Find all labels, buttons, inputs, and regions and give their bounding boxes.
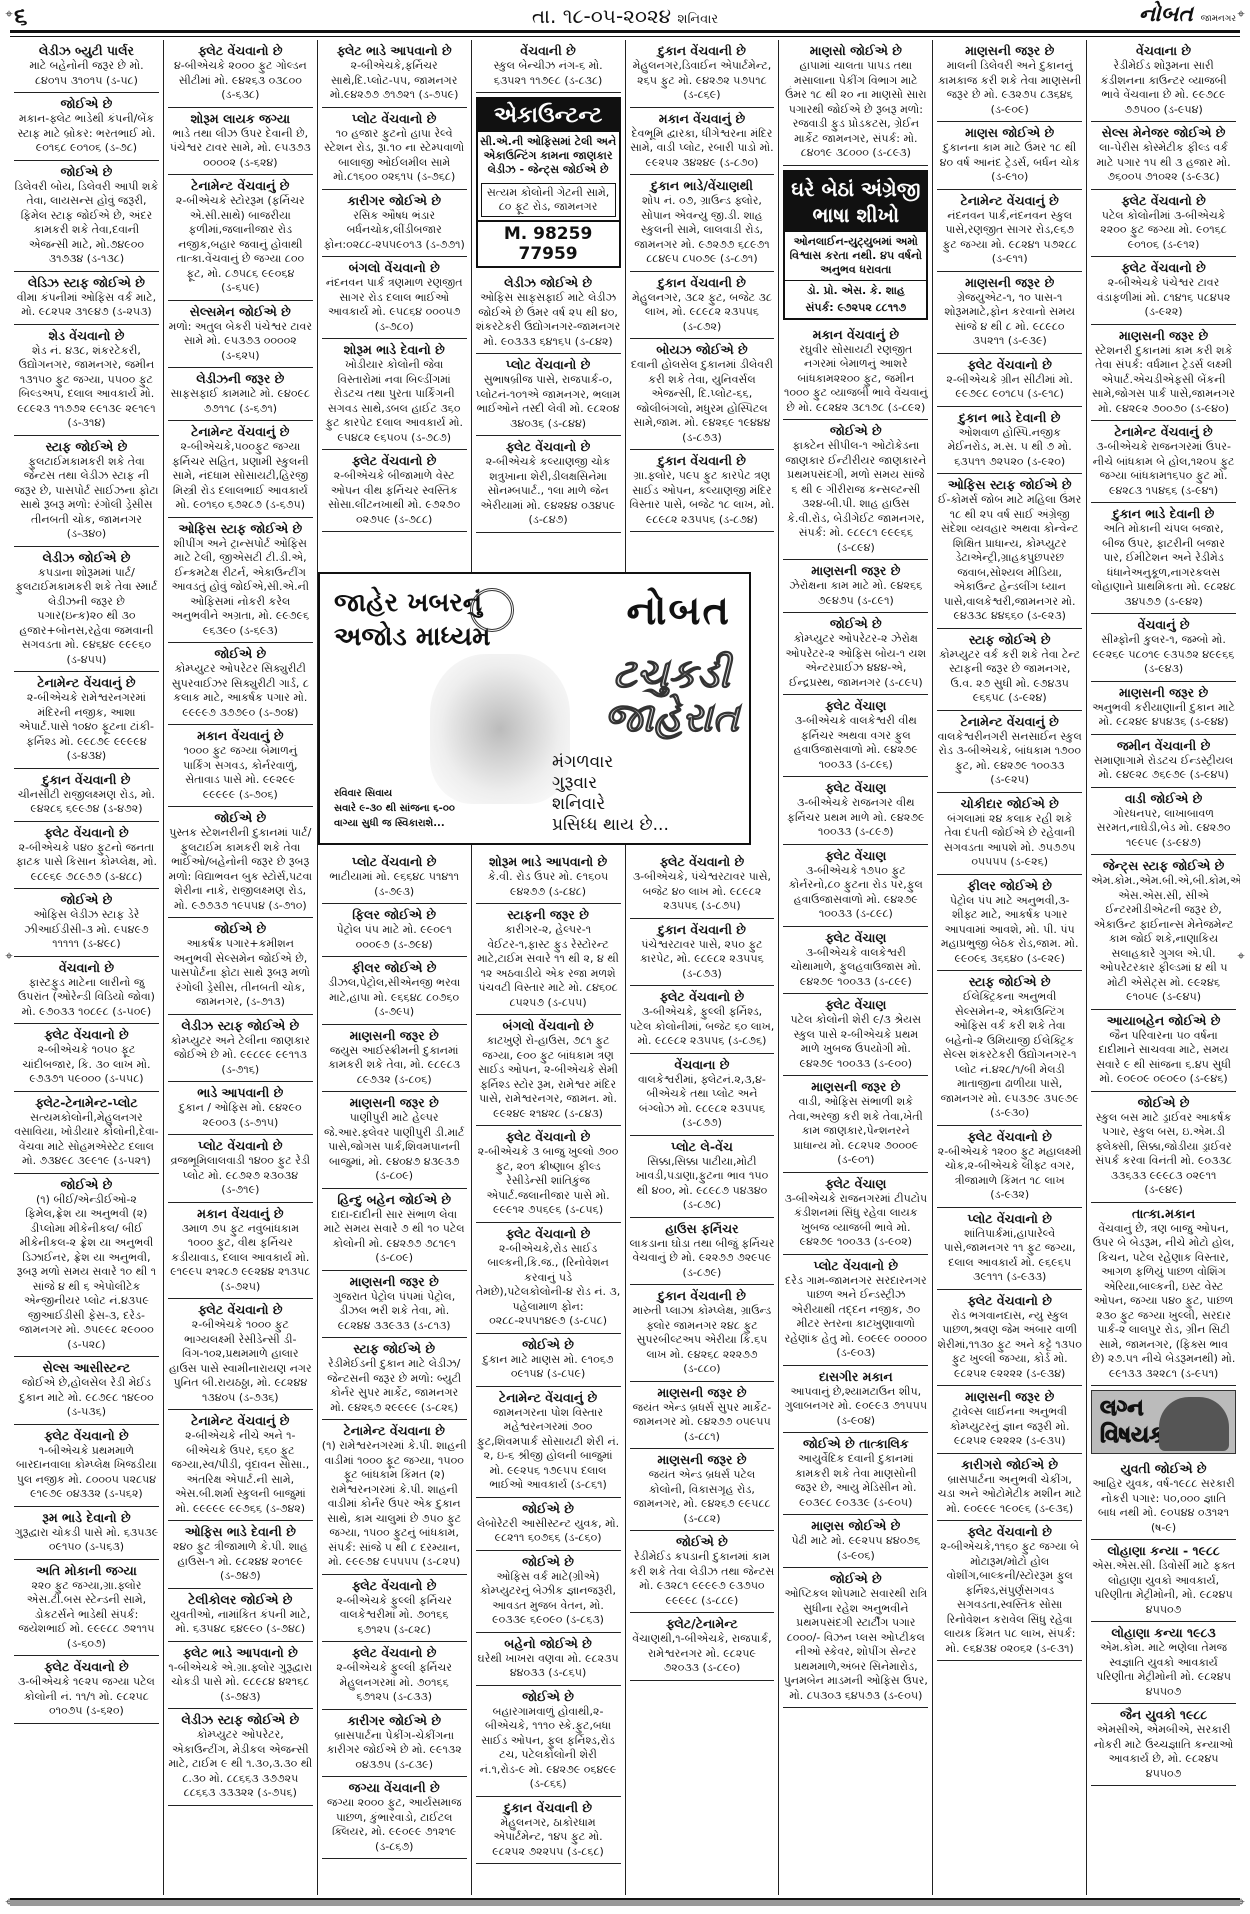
ad-body: ખોડીયાર કોલોની જેવા વિસ્તારોમાં નવા બિલ્… (322, 358, 467, 445)
ad-title: ફ્લેટ વેંચવાનો છે (630, 989, 775, 1005)
date-line: તા. ૧૮-૦૫-૨૦૨૪ શનિવાર (10, 4, 1240, 28)
ad-body: જોઈએ છે,હોલસેલ રેડી મેઈડ દુકાન માટે મો. … (14, 1376, 159, 1420)
ad-body: ૩-બીએચકે વાલકેશ્વરી ચોથામાળે, ફુલહવાઉજાસ… (783, 946, 928, 990)
ad-body: આયુર્વેદિક દવાની દુકાનમાં કામકરી શકે તેવ… (783, 1452, 928, 1510)
ad-title: વેંચવાની છે (476, 43, 621, 59)
matrimonial-label: લગ્નવિષયક (1100, 1395, 1165, 1449)
ad-title: જોઈએ છે (783, 423, 928, 439)
classified-ad: પ્લોટ વેંચવાનો છેસુભાષબ્રીજ પાસે, રાજપાર… (476, 354, 621, 436)
ad-body: ૩-બીએચકે રાજનગરમાં ટીપટોપ કંડીશનમાં સિંધ… (783, 1192, 928, 1250)
ad-body: ૪-બીએચકે ૨૦૦૦ ફુટ ગોલ્ડન સીટીમાં મો. ૯૪૨… (168, 59, 313, 103)
ad-title: પ્લોટ વેંચવાનો છે (783, 1258, 928, 1274)
ad-body: ૩-બીએચકે, ફુલ્લી ફર્નિશ્ડ, પટેલ કોલોનીમા… (630, 1005, 775, 1049)
ad-title: ફ્લેટ વેંચાણ (783, 930, 928, 946)
classified-ad: જોઈએ છેસ્કુલ બસ માટે ડ્રાઈવર આકર્ષક પગાર… (1091, 1092, 1236, 1203)
ad-body: નંદનવન પાર્ક,નંદનવન સ્કુલ પાસે,રણજીત સાગ… (937, 209, 1082, 267)
classified-ad: ફ્લેટ વેંચાણ૩-બીએચકે રાજનગરમાં ટીપટોપ કં… (783, 1173, 928, 1255)
ad-title: લેડીઝ સ્ટાફ જોઈએ છે (168, 1712, 313, 1728)
classified-ad: ફ્લેટ વેંચવાનો છે૪-બીએચકે ૨૦૦૦ ફુટ ગોલ્ડ… (168, 40, 313, 108)
classified-ad: દુકાન ભાડે/વેંચાણથીશોપ નં. ૦૭, ગ્રાઉન્ડ … (630, 175, 775, 272)
ad-body: પંચેશ્વરટાવર પાસે, ૨૫૦ ફુટ કારપેટ, મો. ૯… (630, 938, 775, 982)
classified-ad: ફ્લેટ વેંચવાનો છે૨-બીએચકે,૧૧૬૦ ફુટ જગ્યા… (937, 1521, 1082, 1661)
ad-body: સીમ્ફોની કુલર-૧, જમ્બો મો. ૯૯૨૬૯ ૫૮૦૧૯ ૯… (1091, 633, 1236, 677)
ad-body: ૨-બીએચકે,ફર્નિચર સાથે,દિ.પ્લોટ-૫૫, જામનગ… (322, 59, 467, 103)
ad-title: ફ્લેટ વેંચવાનો છે (322, 1645, 467, 1661)
classified-ad: વેંચવાનો છેફાસ્ટફુડ માટેના લારીનો જુ ઉપર… (14, 957, 159, 1025)
ad-body: મેહુલનગર,ડિવાઈન એપાર્ટમેન્ટ, ૨૬૫ ફુટ મો.… (630, 59, 775, 103)
footer-rule (10, 1898, 1240, 1906)
ad-title: પ્લોટ વેંચવાનો છે (937, 1211, 1082, 1227)
ad-title: ઓફિસ ભાડે દેવાની છે (168, 1524, 313, 1540)
ad-title: ફ્લેટ વેંચવાનો છે (322, 1578, 467, 1594)
ad-title: આયાબહેન જોઈએ છે (1091, 1013, 1236, 1029)
ad-title: ફીલર જોઈએ છે (322, 960, 467, 976)
ad-title: ફ્લેટ વેંચાણ (783, 698, 928, 714)
ad-title: જોઈએ છે (14, 96, 159, 112)
ad-title: માણસની જરૂર છે (937, 43, 1082, 59)
ad-body: ૨-બીએચકે ફુલ્લી ફર્નિચર વાલકેશ્વરીમાં મો… (322, 1594, 467, 1638)
classified-ad: સ્ટાફ જોઈએ છેફુલટાઈમકામકરી શકે તેવા જેન્… (14, 436, 159, 547)
classified-ad: ફીલર જોઈએ છેડીઝલ,પેટ્રોલ,સીએનજી ભરવા માટ… (322, 957, 467, 1025)
classified-ad: ફ્લેટ વેંચવાનો છે૨-બીએચકે ૧૦૦૦ ફુટ ભાગ્ય… (168, 1299, 313, 1410)
classified-ad: ફ્લેટ વેંચવાનો છે૨-બીએચકે ફુલ્લી ફર્નિચર… (322, 1575, 467, 1643)
accountant-description: સી.એ.ની ઓફિસમાં ટેલી અને એકાઉન્ટિંગ કામન… (478, 132, 619, 180)
ad-body: જૈન પરિવારના ૫૦ વર્ષના દાદીમાને સાચવવા મ… (1091, 1029, 1236, 1087)
classified-ad: જેન્ટ્સ સ્ટાફ જોઈએ છેએમ.કોમ.,એમ.બી.એ,બી.… (1091, 855, 1236, 1010)
classified-ad: જોઈએ છેઆકર્ષક પગાર+કમીશન અનુભવી સેલ્સમેન… (168, 918, 313, 1015)
classifieds-grid: લેડીઝ બ્યુટી પાર્લરમાટે બહેનોની જરૂર છે … (10, 40, 1240, 1895)
ad-title: ઓફિસ સ્ટાફ જોઈએ છે (168, 521, 313, 537)
ad-title: ટેનામેન્ટ વેંચવાનું છે (1091, 424, 1236, 440)
ad-title: શોરૂમ લાયક જગ્યા (168, 111, 313, 127)
ad-title: માણસો જોઈએ છે (783, 43, 928, 59)
ad-body: સુભાષબ્રીજ પાસે, રાજપાર્ક-૦, પ્લોટનં-૧૦૧… (476, 373, 621, 431)
classified-ad: દુકાન વેંચવાની છેમેહુલનગર, ઠાકોરધામ એપાર… (476, 1797, 621, 1865)
ad-title: હાઉસ ફર્નિચર (630, 1221, 775, 1237)
classified-ad: ઓફિસ ભાડે દેવાની છે૨૪૦ ફુટ ત્રીજામાળે કે… (168, 1521, 313, 1589)
ad-body: ૩-બીએચકે રાજનગરમાં ઉપર-નીચે બાંધકામ બે હ… (1091, 440, 1236, 498)
ad-body: રેડીમેઈડની દુકાન માટે લેડીઝ/જેન્ટસની જરૂ… (322, 1357, 467, 1415)
classified-ad: માણસની જરૂર છેપાણીપુરી માટે હેલ્પર જે.આર… (322, 1092, 467, 1189)
classified-ad: હિન્દુ બહેન જોઈએ છેદાદા-દાદીની સાર સંભાળ… (322, 1189, 467, 1271)
ad-body: દુકાન / ઓફિસ મો. ૯૪૨૯૦ ૨૯૦૦૩ (ડ-૭૧૫) (168, 1101, 313, 1130)
ad-title: ફ્લેટ વેંચવાનો છે (937, 357, 1082, 373)
ad-body: ભાડે તથા લીઝ ઉપર દેવાની છે, પંચેશ્વર ટાવ… (168, 127, 313, 171)
classified-ad: જોઈએ છેઓપ્ટિકલ શોપમાટે સવારથી રાત્રિ સુધ… (783, 1568, 928, 1708)
classified-ad: ટેનામેન્ટ વેંચવાનું છે૨-બીએચકે નીચે અને … (168, 1410, 313, 1521)
classified-ad: જોઈએ છેમકાન-ફ્લેટ ભાડેથી કંપની/બેંક સ્ટા… (14, 93, 159, 161)
ad-body: કોમ્પ્યુટર ઓપરેટર સિક્યુરીટી સુપરવાઈઝર સ… (168, 662, 313, 720)
ad-body: ૩-બીએચકે ૧૭૫૦ ફુટ કોર્નરનો,૮૦ ફુટના રોડ … (783, 864, 928, 922)
ad-title: જોઈએ છે (168, 810, 313, 826)
ad-title: મકાન વેંચવાનું છે (168, 1206, 313, 1222)
ad-body: સિક્કા,સિક્કા પાટીયા,મોટી ખાવડી,પડાણા,ફુ… (630, 1155, 775, 1213)
ad-title: દુકાન ભાડે દેવાની છે (1091, 506, 1236, 522)
ad-title: માણસ જોઈએ છે (937, 125, 1082, 141)
ad-body: જયુસ આઈસ્ક્રીમની દુકાનમાં કામકરી શકે તેવ… (322, 1044, 467, 1088)
classified-ad: કારીગરો જોઈએ છેબ્રાસપાર્ટના અનુભવી ચેકીં… (937, 1454, 1082, 1522)
ad-title: ફ્લેટ વેંચવાનો છે (14, 1428, 159, 1444)
classified-ad: પ્લોટ વેંચવાનો છેશાંતિપાર્કમાં,હાપારેલ્વ… (937, 1208, 1082, 1290)
ad-title: સ્ટાફ જોઈએ છે (14, 439, 159, 455)
classified-ad: માણસની જરૂર છેસ્ટેશનરી દુકાનમાં કામ કરી … (1091, 325, 1236, 422)
ad-body: ૩-બીએચકે રાજનગર વીથ ફર્નિચર પ્રથમ માળે મ… (783, 796, 928, 840)
ad-body: રેડીમેઈડ કપડાની દુકાનમાં કામ કરી શકે તેવ… (630, 1550, 775, 1608)
ad-title: જોઈએ છે (168, 921, 313, 937)
ad-body: ૧-બીએચકે પ્રથમમાળે બારદાનવાલા કોમ્પ્લેક્… (14, 1444, 159, 1502)
matrimonial-section-banner: લગ્નવિષયક (1091, 1390, 1236, 1454)
ad-title: દુકાન વેંચવાની છે (630, 275, 775, 291)
ad-body: ઓપ્ટિકલ શોપમાટે સવારથી રાત્રિ સુધીના રહે… (783, 1587, 928, 1703)
ad-title: બહેનો જોઈએ છે (476, 1636, 621, 1652)
classified-ad: ફ્લેટ વેંચવાનો છે૩-બીએચકે ૧૯૨૫ જગ્યા પટે… (14, 1656, 159, 1724)
classified-ad: ફ્લેટ વેંચવાનો છે૩-બીએચકે, પંચેશ્વરટાવર … (630, 851, 775, 919)
ad-title: માણસની જરૂર છે (630, 1452, 775, 1468)
ad-body: ૨-બીએચકે રામેશ્વરનગરમાં મંદિરની નજીક, આશ… (14, 691, 159, 764)
classified-ad: જમીન વેંચવાની છેસમાણાગામે રોડટચ ઈન્ડસ્ટ્… (1091, 735, 1236, 788)
ad-body: ફાસ્ટફુડ માટેના લારીનો જુ ઉપરાંત (ઓરેન્ડ… (14, 976, 159, 1020)
ad-title: માણસની જરૂર છે (630, 1385, 775, 1401)
english-teacher: ડો. પ્રો. એસ. કે. શાહ (785, 280, 926, 301)
ad-title: ફ્લેટ વેંચવાનો છે (14, 825, 159, 841)
classified-ad: જોઈએ છેદુકાન માટે માણસ મો. ૯૧૦૬૭ ૦૯૧૫૪ (… (476, 1334, 621, 1387)
classified-ad: ફ્લેટ વેંચવાનો છેપટેલ કોલોનીમાં ૩-બીએચકે… (1091, 190, 1236, 258)
classified-ad: ફ્લેટ વેંચવાનો છે૨-બીએચકે ૧૦૫૦ ફૂટ ચાંદી… (14, 1024, 159, 1092)
classified-ad: આયાબહેન જોઈએ છેજૈન પરિવારના ૫૦ વર્ષના દા… (1091, 1010, 1236, 1092)
ad-body: દેવભૂમિ દ્વારકા, ધીગેશ્વરના મંદિર સામે, … (630, 127, 775, 171)
classified-ad: ફ્લેટ વેંચવાનો છે૨-બીએચકે ૧૨૦૦ ફુટ મહાલક… (937, 1126, 1082, 1208)
classified-ad: સેલ્સમેન જોઈએ છેમળો: અતુલ બેકરી પંચેશ્વર… (168, 301, 313, 369)
classified-ad: પ્લોટ વેંચવાનો છેવ્રજભૂમિલાલવાડી ૧૪૦૦ ફુ… (168, 1135, 313, 1203)
issue-date: તા. ૧૮-૦૫-૨૦૨૪ (532, 4, 671, 28)
classified-ad: શોરૂમ ભાડે દેવાનો છેખોડીયાર કોલોની જેવા … (322, 339, 467, 450)
classified-ad: ઓફિસ સ્ટાફ જોઈએ છેશીપીંગ અને ટ્રાન્સપોર્… (168, 518, 313, 644)
ad-body: ફાક્ટેન સીપીલ-૧ ઓટોકેડના જાણકાર ઈન્ટીરીય… (783, 439, 928, 555)
ad-title: ફ્લેટ વેંચવાનો છે (937, 1524, 1082, 1540)
classified-ad: ફ્લેટ વેંચવાનો છે૨-બીએચકે કલ્યાણજી ચોક શ… (476, 436, 621, 533)
ad-body: કોમ્પ્યુટર વર્ક કરી શકે તેવા ટેન્ટ સ્ટાફ… (937, 648, 1082, 706)
ad-title: કારીગરો જોઈએ છે (937, 1457, 1082, 1473)
promo-day: મંગળવાર (552, 752, 669, 773)
classified-ad: ટેનામેન્ટ વેંચવાનું છે૨-બીએચકે સ્ટોરરૂમ … (168, 175, 313, 301)
classified-ad: માણસની જરૂર છેજયંત એન્ડ બ્રધર્સ પટેલ કોલ… (630, 1449, 775, 1531)
classified-ad: દુકાન વેંચવાની છેચીનસીટી રાજીલક્ષ્મણ રોડ… (14, 769, 159, 822)
classified-ad: માણસની જરૂર છેગ્રેજયુએટ-૧, ૧૦ પાસ-૧ શોરૂ… (937, 272, 1082, 354)
classified-ad: સ્ટાફની જરૂર છેકારીગર-૨, હેલ્પર-૧ વેઈટર-… (476, 904, 621, 1015)
ad-title: ફ્લેટ વેંચવાનો છે (476, 1129, 621, 1145)
ad-body: ૨-બીએચકે સ્ટોરરૂમ (ફર્નિચર એ.સી.સાથે) બા… (168, 194, 313, 296)
column-4: વેંચવાની છેસ્કુલ બેન્ચીઝ નંગ-૬ મો. ૬૩૫૨૧… (472, 40, 626, 1895)
ad-body: ૨-બીએચકે ૧૦૦૦ ફુટ ભાગ્યલક્ષ્મી રેસીડેન્સ… (168, 1318, 313, 1405)
tiny-ads-promo-box: જાહેર ખબરનું અજોડ માધ્યમ નોબત ટચુકડી જાહ… (318, 572, 751, 845)
ad-body: ૨૪૦ ફુટ ત્રીજામાળે કે.પી. શાહ હાઉસ-૧ મો.… (168, 1540, 313, 1584)
ad-title: પ્લોટ લે-વેંચ (630, 1139, 775, 1155)
ad-body: ૩-બીએચકે, પંચેશ્વરટાવર પાસે, બજેટ ૪૦ લાખ… (630, 870, 775, 914)
ad-title: ફ્લેટ-ટેનામેન્ટ-પ્લોટ (14, 1095, 159, 1111)
classified-ad: ફ્લેટ વેંચવાનો છે૨-બીએચકે ૩ બાજુ ખુલ્લો … (476, 1126, 621, 1223)
classified-ad: રૂમ ભાડે દેવાનો છેગુરૂદ્વારા ચોકડી પાસે … (14, 1507, 159, 1560)
ad-body: મારુતી પ્લાઝા કોમ્પ્લેક્ષ, ગ્રાઉન્ડ ફ્લો… (630, 1304, 775, 1377)
ad-body: વાલકેશ્વરીમાં, ફ્લેટનં.૨,૩,૪-બીએચકે તથા … (630, 1073, 775, 1131)
ad-title: ફ્લેટ વેંચાણ (783, 997, 928, 1013)
promo-tagline: જાહેર ખબરનું અજોડ માધ્યમ (334, 586, 491, 654)
ad-body: દવાની હોલસેલ દુકાનમાં ડીલેવરી કરી શકે તે… (630, 358, 775, 445)
classified-ad: વેંચવાના છેવાલકેશ્વરીમાં, ફ્લેટનં.૨,૩,૪-… (630, 1054, 775, 1136)
ad-title: લેડીઝ જોઈએ છે (476, 275, 621, 291)
ad-title: બંગલો વેંચવાનો છે (476, 1018, 621, 1034)
accountant-banner: એકાઉન્ટન્ટ (478, 99, 619, 132)
ad-title: ફ્લેટ વેંચવાનો છે (937, 1129, 1082, 1145)
ad-title: સ્ટાફ જોઈએ છે (937, 632, 1082, 648)
classified-ad: ટેનામેન્ટ વેંચવાનું છેનંદનવન પાર્ક,નંદનવ… (937, 190, 1082, 272)
classified-ad: ફ્લેટ ભાડે આપવાનો છે૨-બીએચકે,ફર્નિચર સાથ… (322, 40, 467, 108)
ad-body: કાટખુણે રો-હાઉસ, ૭૮૧ ફુટ જગ્યા, ૯૦૦ ફુટ … (476, 1034, 621, 1121)
classified-ad: ટેનામેન્ટ વેંચવાનું છે૨-બીએચકે,૫૦૦ફુટ જગ… (168, 421, 313, 518)
ad-body: ૨-બીએચકે ગ્રીન સીટીમાં મો. ૯૯૭૯૮ ૯૦૧૮૫ (… (937, 373, 1082, 402)
classified-ad: બોયઝ જોઈએ છેદવાની હોલસેલ દુકાનમાં ડીલેવર… (630, 339, 775, 450)
classified-ad: દુકાન ભાડે દેવાની છેઓશવાળ હોસ્પિ.નજીક મે… (937, 407, 1082, 475)
classified-ad: વેંચવાનું છેસીમ્ફોની કુલર-૧, જમ્બો મો. ૯… (1091, 614, 1236, 682)
classified-ad: દાસગીર મકાનઆપવાનું છે,શ્યામટાઉન શીપ, ગુલ… (783, 1366, 928, 1434)
header-rule (10, 30, 1240, 33)
classified-ad: શેડ વેંચવાનો છેશેડ નં. ૪૩૮, શંકરટેકરી, ઉ… (14, 325, 159, 436)
classified-ad: ટેનામેન્ટ વેંચવાનું છે૩-બીએચકે રાજનગરમાં… (1091, 421, 1236, 503)
ad-title: જોઈએ છે (476, 1554, 621, 1570)
classified-ad: દુકાન વેંચવાની છેપંચેશ્વરટાવર પાસે, ૨૫૦ … (630, 919, 775, 987)
ad-title: પ્લોટ વેંચવાનો છે (322, 111, 467, 127)
ad-body: પટેલ કોલોનીમાં ૩-બીએચકે ૨૨૦૦ ફુટ જગ્યા મ… (1091, 209, 1236, 253)
ad-title: દુકાન વેંચવાની છે (630, 43, 775, 59)
classified-ad: માણસની જરૂર છેઅનુભવી કરીયાણાની દુકાન માટ… (1091, 682, 1236, 735)
ad-title: માણસની જરૂર છે (322, 1095, 467, 1111)
ad-body: ઓશવાળ હોસ્પિ.નજીક મેઈનરોડ, મ.સ. ૫ થી ૭ મ… (937, 426, 1082, 470)
ad-title: સેલ્સ આસીસ્ટન્ટ (14, 1360, 159, 1376)
ad-body: ૨-બીએચકે ૧૦૫૦ ફૂટ ચાંદીબજાર, કિ. ૩૦ લાખ … (14, 1043, 159, 1087)
ad-body: એસ.એસ.સી. ડિવોર્સી માટે ફક્ત લોહાણા યુવક… (1091, 1559, 1236, 1617)
ad-body: ઈલેક્ટ્રિકના અનુભવી સેલ્સમેન-૨, એકાઉન્ટિ… (937, 990, 1082, 1121)
ad-body: ગુજરાત પેટ્રોલ પંપમાં પેટ્રોલ, ડીઝલ ભરી … (322, 1290, 467, 1334)
ad-body: દુકાન માટે માણસ મો. ૯૧૦૬૭ ૦૯૧૫૪ (ડ-૮૫૯) (476, 1353, 621, 1382)
ad-title: વેંચવાના છે (630, 1057, 775, 1073)
ad-title: માણસ જોઈએ છે (783, 1518, 928, 1534)
ad-title: વેંચવાના છે (1091, 43, 1236, 59)
ad-title: દુકાન વેંચવાની છે (630, 453, 775, 469)
ad-body: કપડાના શોરૂમમાં પાર્ટ/ફુલટાઈમકામકરી શકે … (14, 566, 159, 668)
ad-body: ડિલેવરી બોય, ડિલેવરી આપી શકે તેવા, લાયસન… (14, 180, 159, 267)
classified-ad: લેડીઝ જોઈએ છેઓફિસ સાફસફાઈ માટે લેડીઝ જોઈ… (476, 272, 621, 354)
ad-body: એમસીએ, એમબીએ, સરકારી નોકરી માટે ઉચ્ચજ્ઞા… (1091, 1723, 1236, 1781)
classified-ad: હાઉસ ફર્નિચરલાકડાના ઘોડા તથા બીજું ફર્નિ… (630, 1218, 775, 1286)
ad-title: ફ્લેટ વેંચવાનો છે (168, 1302, 313, 1318)
classified-ad: જોઈએ છેરેડીમેઈડ કપડાની દુકાનમાં કામ કરી … (630, 1531, 775, 1613)
classified-ad: ટેનામેન્ટ વેંચવાનું છેજામનગરના પોશ વિસ્ત… (476, 1387, 621, 1498)
classified-ad: બંગલો વેંચવાનો છેકાટખુણે રો-હાઉસ, ૭૮૧ ફુ… (476, 1015, 621, 1126)
ad-title: વાડી જોઈએ છે (1091, 791, 1236, 807)
ad-body: વીમા કંપનીમાં ઓફિસ વર્ક માટે, મો. ૯૮૨૫૨ … (14, 291, 159, 320)
ad-body: લેબોરેટરી આસીસ્ટન્ટ યુવક, મો. ૯૮૨૧૧ ૬૦૭૬… (476, 1517, 621, 1546)
classified-ad: જોઈએ છેકોમ્પ્યુટર ઓપરેટર-૨ ઝેરોક્ષ ઓપરેટ… (783, 613, 928, 695)
ad-body: કોમ્પ્યુટર ઓપરેટર, એકાઉન્ટીંગ, મેડીકલ એજ… (168, 1728, 313, 1801)
ad-title: ફ્લેટ વેંચવાનો છે (476, 439, 621, 455)
ad-title: જોઈએ છે (476, 1689, 621, 1705)
ad-title: લોહાણા કન્યા - ૧૯૮૮ (1091, 1543, 1236, 1559)
classified-ad: ફ્લેટ વેંચવાનો છેરોડ ભગવાનદાસ, ન્યુ સ્કુ… (937, 1290, 1082, 1387)
ad-title: જોઈએ છે (476, 1337, 621, 1353)
ad-body: મેહુલનગર, ૩૮૨ ફુટ, બજેટ ૩૮ લાખ, મો. ૯૮૯૮… (630, 291, 775, 335)
classified-ad: સેલ્સ આસીસ્ટન્ટજોઈએ છે,હોલસેલ રેડી મેઈડ … (14, 1357, 159, 1425)
classified-ad: પ્લોટ વેંચવાનો છેભાટીયામાં મો. ૯૬૬૪૮ ૫૧૪… (322, 851, 467, 904)
ad-title: પ્લોટ વેંચવાનો છે (476, 357, 621, 373)
classified-ad: જોઈએ છે(૧) બીઈ/એન્ડીઈઓ-૨ ફિમેલ,ફ્રેશ યા … (14, 1174, 159, 1358)
classified-ad: ફ્લેટ વેંચવાનો છે૨-બીએચકે ગ્રીન સીટીમાં … (937, 354, 1082, 407)
ad-body: ૧૦૦૦ ફુટ જગ્યા બેમાળનું પાર્કિંગ સગવડ, ક… (168, 744, 313, 802)
classified-ad: બંગલો વેંચવાનો છેનંદનવન પાર્ક ત્રણમાળ રણ… (322, 257, 467, 339)
ad-title: ફ્લેટ વેંચવાનો છે (322, 453, 467, 469)
ad-title: ફીલર જોઈએ છે (937, 878, 1082, 894)
ad-body: પાણીપુરી માટે હેલ્પર જે.આર.ફ્લેવર પાણીપુ… (322, 1111, 467, 1184)
ad-title: જોઈએ છે (476, 1501, 621, 1517)
classified-ad: ફ્લેટ ભાડે આપવાનો છે૧-બીએચકે એ.ગ્રા.ફ્લો… (168, 1642, 313, 1710)
ad-title: માણસની જરૂર છે (322, 1028, 467, 1044)
ad-body: ઈ-કોમર્સ જોબ માટે મહિલા ઉંમર ૧૮ થી ૨૫ વર… (937, 493, 1082, 624)
ad-body: પેઢી માટે મો. ૯૯૨૫૫ ૪૪૦૭૬ (ડ-૯૦૬) (783, 1534, 928, 1563)
ad-body: ૨-બીએચકે કલ્યાણજી ચોક શત્રુખાના શેરી,ડીલ… (476, 455, 621, 528)
thumbs-up-icon (430, 654, 570, 804)
ad-body: ૨-બીએચકે નીચે અને ૧-બીએચકે ઉપર, ૬૬૦ ફુટ … (168, 1429, 313, 1516)
ad-title: ટેનામેન્ટ વેંચવાનું છે (168, 178, 313, 194)
ad-title: જમીન વેંચવાની છે (1091, 738, 1236, 754)
ad-title: વેંચવાનો છે (14, 960, 159, 976)
ad-title: દુકાન ભાડે દેવાની છે (937, 410, 1082, 426)
classified-ad: લેડિઝ સ્ટાફ જોઈએ છેવીમા કંપનીમાં ઓફિસ વર… (14, 272, 159, 325)
ad-body: આકર્ષક પગાર+કમીશન અનુભવી સેલ્સમેન જોઈએ છ… (168, 937, 313, 1010)
ad-body: શીપીંગ અને ટ્રાન્સપોર્ટ ઓફિસ માટે ટેલી, … (168, 537, 313, 639)
ad-body: ઝેરોક્ષના કામ માટે મો. ૯૪૨૬૬ ૭૯૪૭૫ (ડ-૮૯… (783, 579, 928, 608)
classified-ad: લેડીઝ સ્ટાફ જોઈએ છેકોમ્પ્યુટર અને ટેલીના… (168, 1015, 313, 1083)
ad-title: દુકાન વેંચવાની છે (630, 922, 775, 938)
ad-body: લા-પેરીસ કોસ્મેટીક ફીલ્ડ વર્ક માટે પગાર … (1091, 141, 1236, 185)
ad-body: કોમ્પ્યુટર ઓપરેટર-૨ ઝેરોક્ષ ઓપરેટર-૨ ઓફિ… (783, 632, 928, 690)
classified-ad: વેંચવાની છેસ્કુલ બેન્ચીઝ નંગ-૬ મો. ૬૩૫૨૧… (476, 40, 621, 93)
ad-title: હિન્દુ બહેન જોઈએ છે (322, 1192, 467, 1208)
issue-day: શનિવાર (677, 12, 718, 27)
classified-ad: જૈન યુવકો ૧૯૮૮એમસીએ, એમબીએ, સરકારી નોકરી… (1091, 1704, 1236, 1786)
ad-title: ટેનામેન્ટ વેંચવાનું છે (476, 1390, 621, 1406)
classified-ad: જગ્યા વેંચવાની છેજગ્યા ૨૦૦૦ ફુટ, આર્યસમા… (322, 1777, 467, 1859)
brand-name: નોબત (1139, 2, 1193, 27)
ad-body: એમ.કોમ. માટે ભણેલા તેમજ સ્વજ્ઞાતિ યુવકો … (1091, 1641, 1236, 1699)
matrimonial-label-2: વિષયક (1100, 1422, 1165, 1449)
ad-title: ફ્લેટ ભાડે આપવાનો છે (168, 1645, 313, 1661)
ad-body: પટેલ કોલોની શેરી ૯/૩ શ્રેયસ સ્કુલ પાસે ૨… (783, 1013, 928, 1071)
classified-ad: ફ્લેટ વેંચવાનો છે૩-બીએચકે, ફુલ્લી ફર્નિશ… (630, 986, 775, 1054)
classified-ad: જોઈએ છેઓફિસ વર્ક માટે(ગ્રીએ) કોમ્પ્યુટરન… (476, 1551, 621, 1633)
ad-body: કોમ્પ્યુટર અને ટેલીના જાણકાર જોઈએ છે મો.… (168, 1034, 313, 1078)
ad-title: લેડીઝ સ્ટાફ જોઈએ છે (168, 1018, 313, 1034)
classified-ad: માણસો જોઈએ છેહાપામાં ચાલતા પાપડ તથા મસાલ… (783, 40, 928, 166)
ad-body: અતિ મોકાની ચંપલ બજાર, બીજ ઉપર, ફાટરીની બ… (1091, 522, 1236, 609)
classified-ad: જોઈએ છે તાત્કાલિકઆયુર્વેદિક દવાની દુકાનમ… (783, 1433, 928, 1515)
ad-body: ગુરૂદ્વારા ચોકડી પાસે મો. ૬૩૫૩૯ ૦૯૧૫૦ (ડ… (14, 1526, 159, 1555)
promo-headline: ટચુકડી જાહેરાત (604, 652, 739, 740)
classified-ad: સ્ટાફ જોઈએ છેરેડીમેઈડની દુકાન માટે લેડીઝ… (322, 1338, 467, 1420)
classified-ad: મકાન વેંચવાનું છેરઘુવીર સોસાયટી રણજીત નગ… (783, 324, 928, 421)
ad-body: જયંત એન્ડ બ્રધર્સ પટેલ કોલોની, વિકાસગૃહ … (630, 1468, 775, 1526)
ad-title: ફ્લેટ વેંચવાનો છે (1091, 193, 1236, 209)
column-5: દુકાન વેંચવાની છેમેહુલનગર,ડિવાઈન એપાર્ટમ… (626, 40, 780, 1895)
ad-title: ફ્લેટ વેંચવાનો છે (14, 1027, 159, 1043)
ad-title: ફ્લેટ/ટેનામેન્ટ (630, 1616, 775, 1632)
classified-ad: તાત્કા.મકાનવેંચવાનું છે, ત્રણ બાજુ ઓપન, … (1091, 1203, 1236, 1387)
promo-tagline-2: અજોડ માધ્યમ (334, 620, 491, 654)
ad-title: ટેનામેન્ટ વેંચવાનું છે (937, 714, 1082, 730)
ad-body: સાફસફાઈ કામમાટે મો. ૯૪૦૯૮ ૭૭૧૧૮ (ડ-૬૭૧) (168, 387, 313, 416)
ad-body: પેટ્રોલ પંપ માટે અનુભવી,૩-શીફ્ટ માટે, આક… (937, 894, 1082, 967)
ad-body: સ્ટેશનરી દુકાનમાં કામ કરી શકે તેવા સંપર્… (1091, 344, 1236, 417)
ad-body: ૧૦ હજાર ફુટનો હાપા રેલ્વે સ્ટેશન રોડ, રૂ… (322, 127, 467, 185)
classified-ad: મકાન વેંચવાનું છે૩માળ ૭૫ ફુટ નવુંબાંધકામ… (168, 1203, 313, 1300)
ad-title: સ્ટાફ જોઈએ છે (322, 1341, 467, 1357)
classified-ad: જોઈએ છેઓફિસ લેડીઝ સ્ટાફ ડેરે ઝીઆઈડીસી-૩ … (14, 889, 159, 957)
ad-body: જયંત એન્ડ બ્રધર્સ સુપર માર્કેટ-જામનગર મો… (630, 1401, 775, 1445)
ad-body: દુકાનના કામ માટે ઉંમર ૧૮ થી ૪૦ વર્ષ આનંદ… (937, 141, 1082, 185)
ad-title: જોઈએ છે (630, 1534, 775, 1550)
ad-body: સ્કુલ બસ માટે ડ્રાઈવર આકર્ષક પગાર, સ્કુલ… (1091, 1111, 1236, 1198)
ad-title: પ્લોટ વેંચવાનો છે (168, 1138, 313, 1154)
ad-title: અતિ મોકાની જગ્યા (14, 1563, 159, 1579)
ad-title: તાત્કા.મકાન (1091, 1206, 1236, 1222)
ad-title: જોઈએ છે (14, 892, 159, 908)
ad-body: (૧) બીઈ/એન્ડીઈઓ-૨ ફિમેલ,ફ્રેશ યા અનુભવી … (14, 1193, 159, 1353)
ad-body: શાંતિપાર્કમાં,હાપારેલ્વે પાસે,જામનગર ૧૧ … (937, 1227, 1082, 1285)
accountant-display-ad: એકાઉન્ટન્ટ સી.એ.ની ઓફિસમાં ટેલી અને એકાઉ… (476, 97, 621, 268)
ad-body: કારીગર-૨, હેલ્પર-૧ વેઈટર-૧,ફાસ્ટ ફુડ રેસ… (476, 923, 621, 1010)
classified-ad: યુવતી જોઈએ છેઆહિર યુવક, વર્ષ-૧૯૮૮ સરકારી… (1091, 1458, 1236, 1540)
classified-ad: દુકાન ભાડે દેવાની છેઅતિ મોકાની ચંપલ બજાર… (1091, 503, 1236, 614)
english-description: ઓનલાઈન-યુટ્યુબમાં અમો વિશ્વાસ કરતા નથી. … (785, 232, 926, 280)
ad-title: ફ્લેટ વેંચવાનો છે (630, 854, 775, 870)
ad-title: માણસની જરૂર છે (322, 1274, 467, 1290)
classified-ad: ફ્લેટ વેંચવાનો છે૨-બીએચકે બીજામાળે વેસ્ટ… (322, 450, 467, 532)
classified-ad: સ્ટાફ જોઈએ છેઈલેક્ટ્રિકના અનુભવી સેલ્સમે… (937, 971, 1082, 1126)
classified-ad: માણસની જરૂર છેટ્રાવેલ્સ લાઈનના અનુભવી કો… (937, 1386, 1082, 1454)
classified-ad: માણસની જરૂર છેમાલની ડિલેવરી અને દુકાનનું… (937, 40, 1082, 122)
ad-body: એમ.કોમ.,એમ.બી.એ,બી.કોમ,એમ.કોમ., એસ.એસ.સી… (1091, 874, 1236, 1005)
ad-title: માણસની જરૂર છે (783, 1079, 928, 1095)
ad-title: લેડીઝ બ્યુટી પાર્લર (14, 43, 159, 59)
classified-ad: લેડીઝ સ્ટાફ જોઈએ છેકોમ્પ્યુટર ઓપરેટર, એક… (168, 1709, 313, 1806)
ad-title: માણસની જરૂર છે (1091, 328, 1236, 344)
promo-hours-line: રવિવાર સિવાય (334, 786, 455, 801)
ad-body: બહારગામવાળું હોવાથી,૨-બીએચકે, ૧૧૧૦ સ્કે.… (476, 1705, 621, 1792)
classified-ad: ફ્લેટ વેંચવાનો છે૨-બીએચકે,રોડ સાઈડ બાલ્ક… (476, 1223, 621, 1334)
ad-body: બંગલામાં ૨૪ કલાક રહી શકે તેવા દંપતી જોઈએ… (937, 812, 1082, 870)
ad-body: દરેડ ગામ-જામનગર સરદારનગર પાછળ અને ઈન્ડસ્… (783, 1274, 928, 1361)
ad-title: દુકાન ભાડે/વેંચાણથી (630, 178, 775, 194)
ad-title: જોઈએ છે (14, 164, 159, 180)
classified-ad: ફ્લેટ વેંચવાનો છે૨-બીએચકે ફુલ્લી ફર્નિચર… (322, 1642, 467, 1710)
classified-ad: વાડી જોઈએ છેગોરધનપર, લાખાબાવળ સરમત,નાઘેડ… (1091, 788, 1236, 856)
accountant-phone: M. 98259 77959 (478, 220, 619, 266)
classified-ad: લોહાણા કન્યા - ૧૯૮૮એસ.એસ.સી. ડિવોર્સી મા… (1091, 1540, 1236, 1622)
ad-title: માણસની જરૂર છે (783, 563, 928, 579)
classified-ad: માણસની જરૂર છેઝેરોક્ષના કામ માટે મો. ૯૪૨… (783, 560, 928, 613)
brand-city: જામનગર (1201, 14, 1236, 24)
classified-ad: જોઈએ છેકોમ્પ્યુટર ઓપરેટર સિક્યુરીટી સુપર… (168, 643, 313, 725)
ad-body: શેડ નં. ૪૩૮, શંકરટેકરી, ઉદ્યોગનગર, જામનગ… (14, 344, 159, 431)
ad-body: ૨-બીએચકે પંચેશ્વર ટાવર વંડાફળીમાં મો. ૮૧… (1091, 276, 1236, 320)
ad-title: શોરૂમ ભાડે દેવાનો છે (322, 342, 467, 358)
